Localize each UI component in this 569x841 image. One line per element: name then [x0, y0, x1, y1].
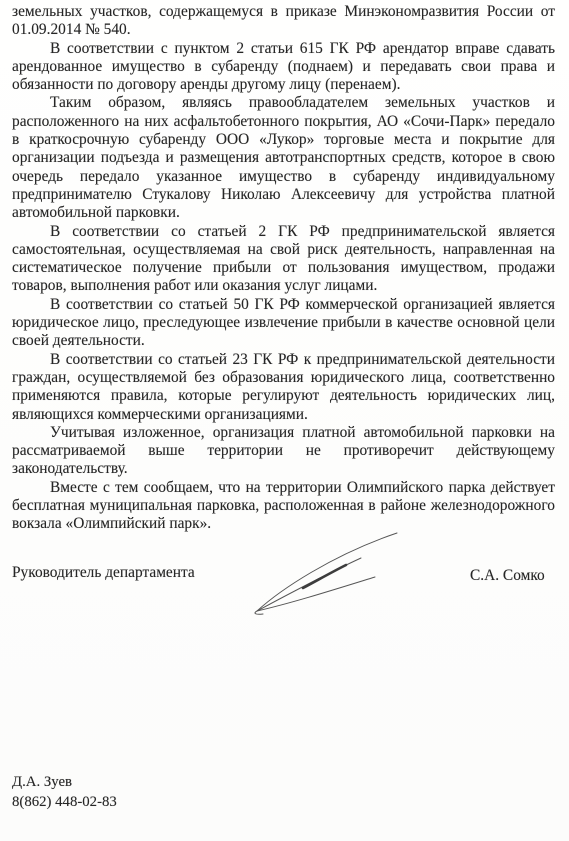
scanned-letter-page: земельных участков, содержащемуся в прик… [0, 0, 569, 841]
signer-title: Руководитель департамента [12, 564, 195, 582]
executor-phone: 8(862) 448-02-83 [12, 793, 117, 813]
body-paragraph: Таким образом, являясь правообладателем … [12, 94, 555, 222]
body-paragraph: земельных участков, содержащемуся в прик… [12, 3, 555, 40]
body-paragraph: В соответствии со статьей 50 ГК РФ комме… [12, 296, 555, 351]
handwritten-signature-icon [250, 526, 402, 618]
body-paragraph: В соответствии со статьей 2 ГК РФ предпр… [12, 223, 555, 296]
body-paragraph: Учитывая изложенное, организация платной… [12, 424, 555, 479]
executor-name: Д.А. Зуев [12, 773, 117, 793]
executor-block: Д.А. Зуев 8(862) 448-02-83 [12, 773, 117, 812]
body-paragraph: В соответствии со статьей 23 ГК РФ к пре… [12, 351, 555, 424]
document-body: земельных участков, содержащемуся в прик… [12, 3, 555, 534]
body-paragraph: В соответствии с пунктом 2 статьи 615 ГК… [12, 40, 555, 95]
signer-name: С.А. Сомко [470, 567, 545, 585]
